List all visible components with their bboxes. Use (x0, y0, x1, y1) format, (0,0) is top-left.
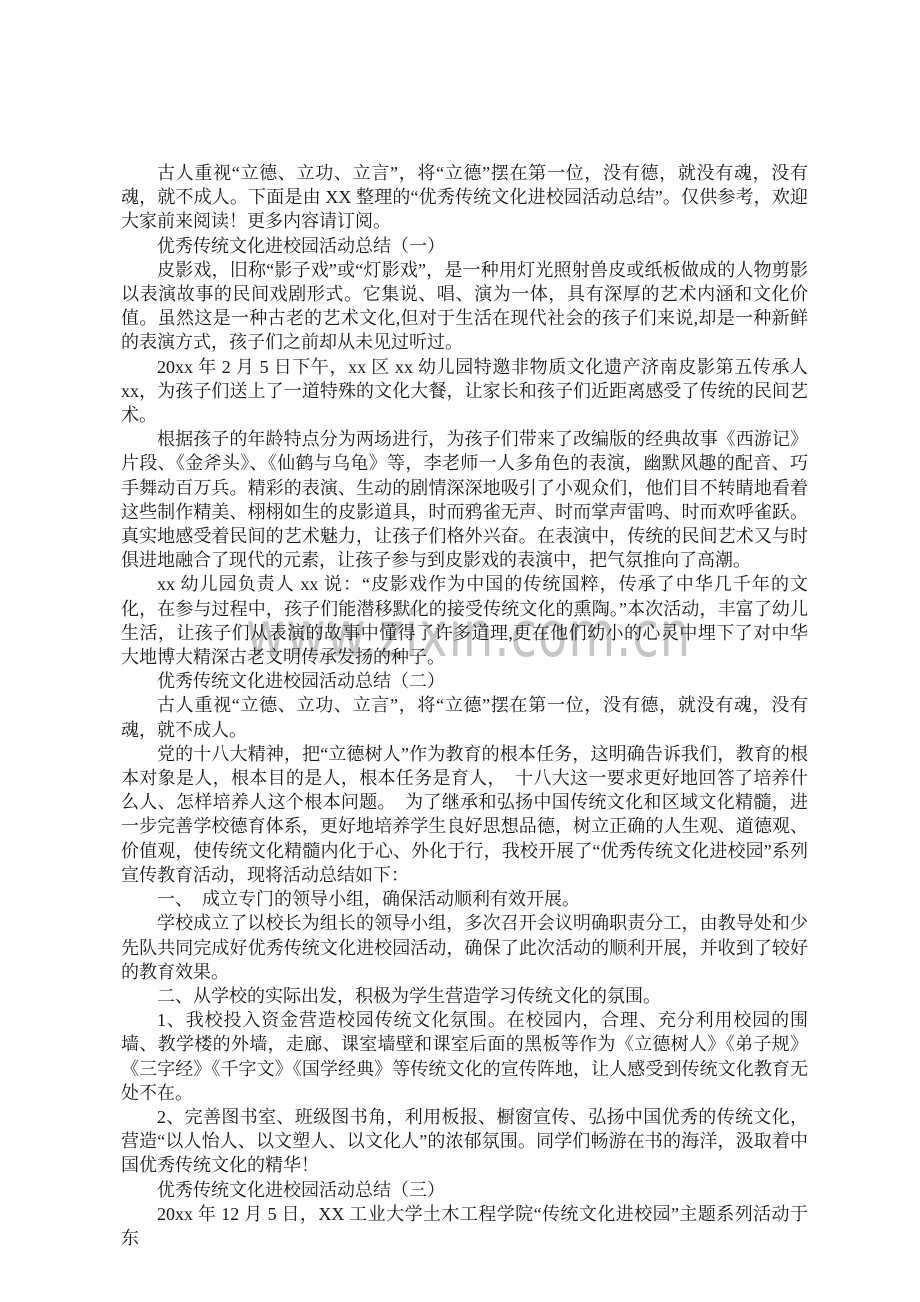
paragraph: 一、 成立专门的领导小组，确保活动顺利有效开展。 (121, 887, 808, 911)
document-page: www.zixin.com.cn 古人重视“立德、立功、立言”，将“立德”摆在第… (0, 0, 920, 1302)
paragraph: 学校成立了以校长为组长的领导小组，多次召开会议明确职责分工，由教导处和少先队共同… (121, 911, 808, 984)
section-heading: 优秀传统文化进校园活动总结（二） (121, 669, 808, 693)
section-heading: 优秀传统文化进校园活动总结（一） (121, 234, 808, 258)
paragraph: 古人重视“立德、立功、立言”，将“立德”摆在第一位，没有德，就没有魂，没有魂，就… (121, 693, 808, 741)
section-heading: 优秀传统文化进校园活动总结（三） (121, 1178, 808, 1202)
paragraph: xx 幼儿园负责人 xx 说：“皮影戏作为中国的传统国粹，传承了中华几千年的文化… (121, 572, 808, 669)
paragraph: 2、完善图书室、班级图书角，利用板报、橱窗宣传、弘扬中国优秀的传统文化，营造“以… (121, 1105, 808, 1178)
paragraph: 古人重视“立德、立功、立言”，将“立德”摆在第一位，没有德，就没有魂，没有魂，就… (121, 161, 808, 234)
document-body: 古人重视“立德、立功、立言”，将“立德”摆在第一位，没有德，就没有魂，没有魂，就… (121, 161, 808, 1250)
paragraph: 皮影戏，旧称“影子戏”或“灯影戏”，是一种用灯光照射兽皮或纸板做成的人物剪影以表… (121, 258, 808, 355)
paragraph: 1、我校投入资金营造校园传统文化氛围。在校园内，合理、充分利用校园的围墙、教学楼… (121, 1008, 808, 1105)
paragraph: 20xx 年 12 月 5 日，XX 工业大学土木工程学院“传统文化进校园”主题… (121, 1202, 808, 1250)
paragraph: 党的十八大精神，把“立德树人”作为教育的根本任务，这明确告诉我们，教育的根本对象… (121, 742, 808, 887)
paragraph: 二、从学校的实际出发，积极为学生营造学习传统文化的氛围。 (121, 984, 808, 1008)
paragraph: 20xx 年 2 月 5 日下午，xx 区 xx 幼儿园特邀非物质文化遗产济南皮… (121, 355, 808, 428)
paragraph: 根据孩子的年龄特点分为两场进行，为孩子们带来了改编版的经典故事《西游记》片段、《… (121, 427, 808, 572)
